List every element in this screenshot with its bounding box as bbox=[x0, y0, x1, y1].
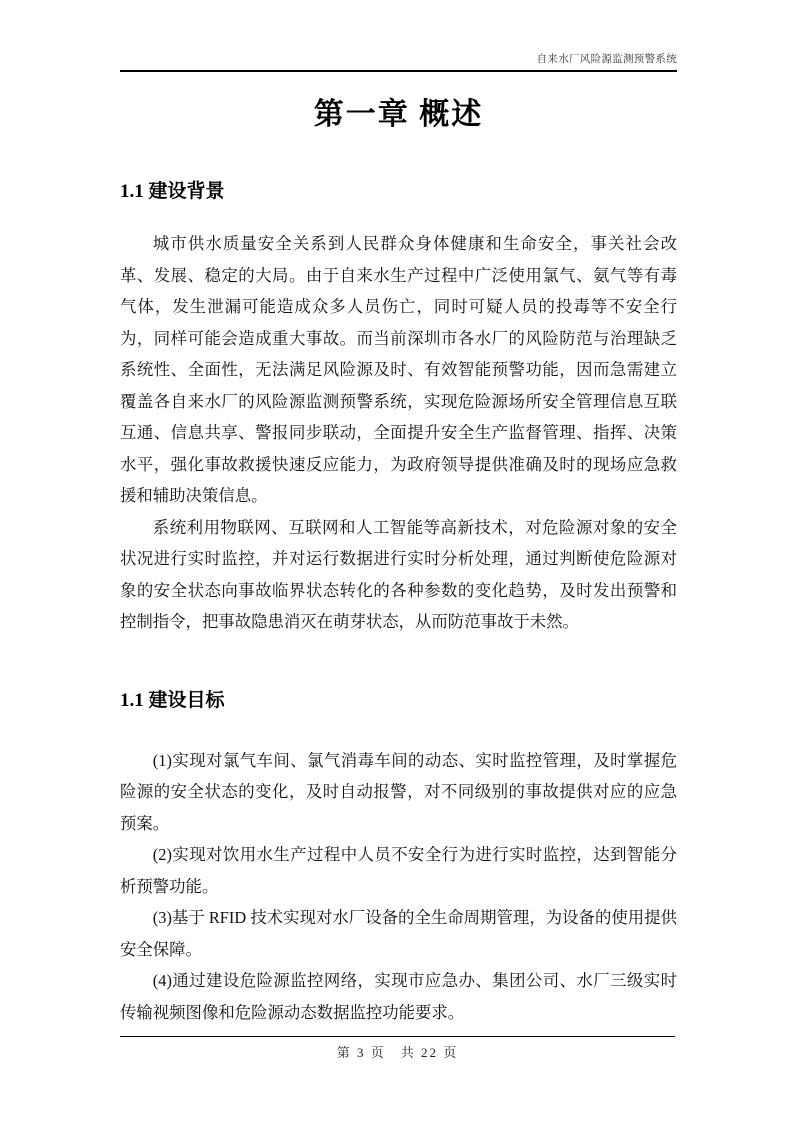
page-footer: 第 3 页 共 22 页 bbox=[120, 1036, 675, 1061]
page-header: 自来水厂风险源监测预警系统 bbox=[120, 0, 677, 72]
paragraph-background-1: 城市供水质量安全关系到人民群众身体健康和生命安全，事关社会改革、发展、稳定的大局… bbox=[120, 228, 677, 512]
document-body: 第一章 概述 1.1 建设背景 城市供水质量安全关系到人民群众身体健康和生命安全… bbox=[120, 72, 677, 1028]
page-number: 第 3 页 共 22 页 bbox=[120, 1042, 675, 1061]
paragraph-goal-4: (4)通过建设危险源监控网络，实现市应急办、集团公司、水厂三级实时传输视频图像和… bbox=[120, 965, 677, 1028]
paragraph-goal-1: (1)实现对氯气车间、氯气消毒车间的动态、实时监控管理，及时掌握危险源的安全状态… bbox=[120, 745, 677, 840]
paragraph-goal-3: (3)基于 RFID 技术实现对水厂设备的全生命周期管理，为设备的使用提供安全保… bbox=[120, 902, 677, 965]
section-heading-background: 1.1 建设背景 bbox=[120, 179, 677, 205]
chapter-title: 第一章 概述 bbox=[120, 95, 677, 134]
footer-rule bbox=[120, 1036, 675, 1037]
document-page: 自来水厂风险源监测预警系统 第一章 概述 1.1 建设背景 城市供水质量安全关系… bbox=[0, 0, 793, 1122]
section-heading-goals: 1.1 建设目标 bbox=[120, 688, 677, 714]
header-title: 自来水厂风险源监测预警系统 bbox=[537, 51, 677, 66]
paragraph-goal-2: (2)实现对饮用水生产过程中人员不安全行为进行实时监控，达到智能分析预警功能。 bbox=[120, 839, 677, 902]
paragraph-background-2: 系统利用物联网、互联网和人工智能等高新技术，对危险源对象的安全状况进行实时监控，… bbox=[120, 512, 677, 638]
